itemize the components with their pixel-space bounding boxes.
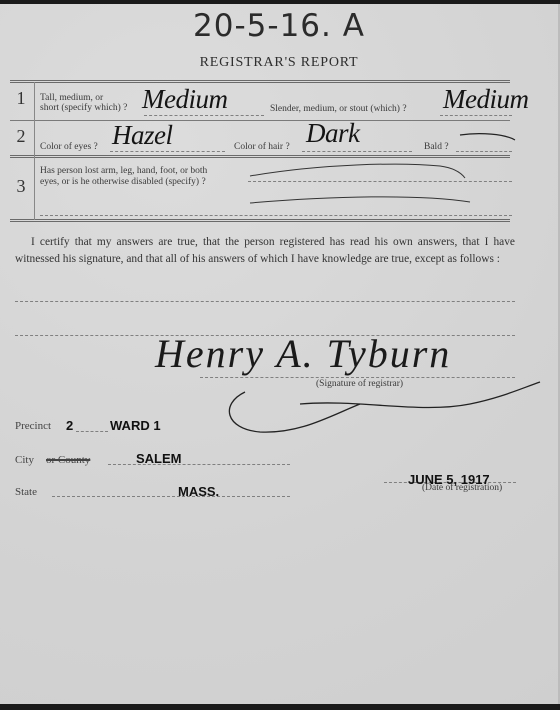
precinct-label: Precinct <box>15 420 51 432</box>
city-value: SALEM <box>136 451 182 466</box>
state-value: MASS. <box>178 484 219 499</box>
county-label-struck: or County <box>46 454 90 466</box>
precinct-value: 2 <box>66 418 73 433</box>
precinct-line <box>76 431 108 432</box>
state-label: State <box>15 486 37 498</box>
ward-value: WARD 1 <box>110 418 161 433</box>
registrars-report-card: 20-5-16. A REGISTRAR'S REPORT 1 Tall, me… <box>0 4 560 704</box>
state-line <box>52 496 290 497</box>
date-caption: (Date of registration) <box>422 483 502 493</box>
city-label: City <box>15 454 34 466</box>
signature-flourish <box>0 4 560 704</box>
